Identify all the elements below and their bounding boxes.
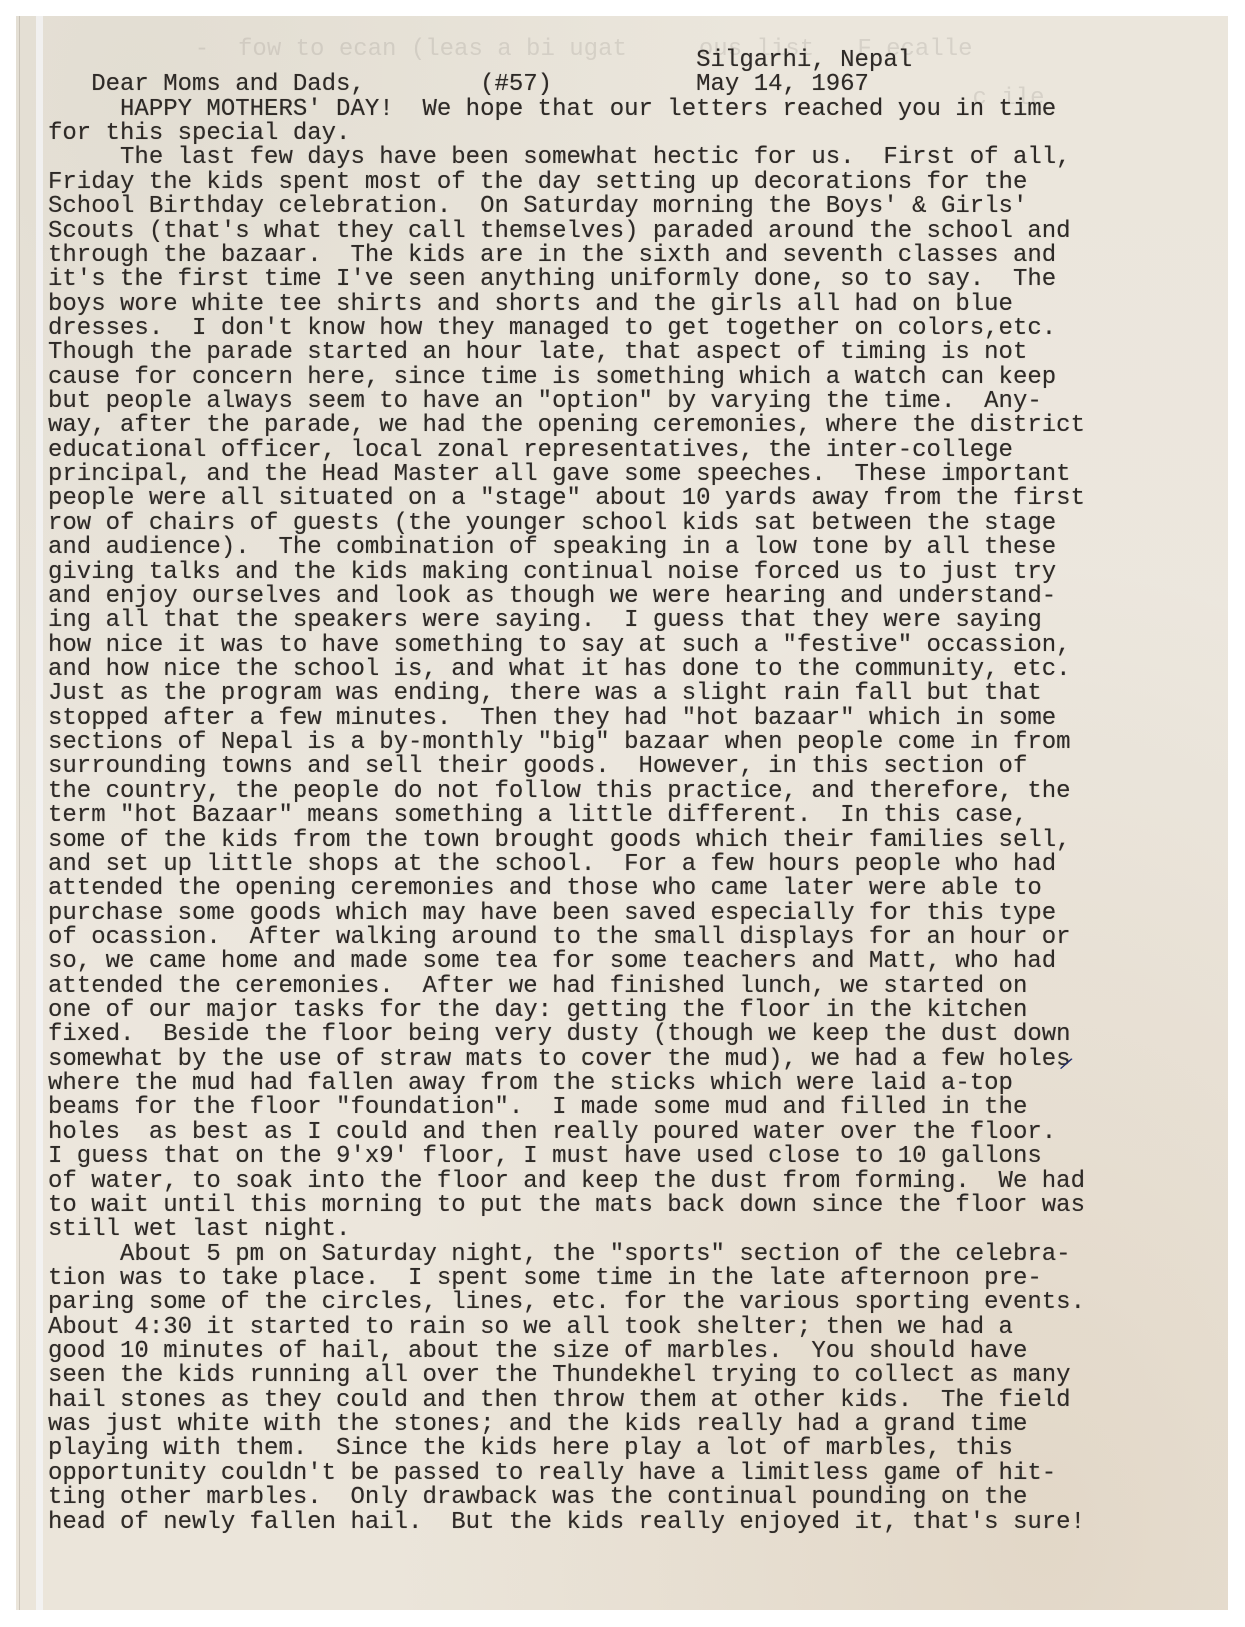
- letter-line: term "hot Bazaar" means something a litt…: [48, 804, 1085, 828]
- letter-line: so, we came home and made some tea for s…: [48, 950, 1085, 974]
- letter-line: paring some of the circles, lines, etc. …: [48, 1291, 1085, 1315]
- letter-line: people were all situated on a "stage" ab…: [48, 487, 1085, 511]
- letter-line: opportunity couldn't be passed to really…: [48, 1462, 1085, 1486]
- letter-line: principal, and the Head Master all gave …: [48, 463, 1085, 487]
- letter-line: and how nice the school is, and what it …: [48, 658, 1085, 682]
- letter-line: some of the kids from the town brought g…: [48, 829, 1085, 853]
- letter-line: for this special day.: [48, 122, 1085, 146]
- letter-line: of ocassion. After walking around to the…: [48, 926, 1085, 950]
- letter-line: was just white with the stones; and the …: [48, 1413, 1085, 1437]
- letter-line: seen the kids running all over the Thund…: [48, 1364, 1085, 1388]
- letter-line: where the mud had fallen away from the s…: [48, 1072, 1085, 1096]
- letter-line: Friday the kids spent most of the day se…: [48, 171, 1085, 195]
- letter-line: sections of Nepal is a by-monthly "big" …: [48, 731, 1085, 755]
- letter-line: attended the opening ceremonies and thos…: [48, 877, 1085, 901]
- letter-line: attended the ceremonies. After we had fi…: [48, 975, 1085, 999]
- letter-line: ting other marbles. Only drawback was th…: [48, 1486, 1085, 1510]
- letter-line: of water, to soak into the floor and kee…: [48, 1170, 1085, 1194]
- letter-line: one of our major tasks for the day: gett…: [48, 999, 1085, 1023]
- letter-line: but people always seem to have an "optio…: [48, 390, 1085, 414]
- letter-line: still wet last night.: [48, 1218, 1085, 1242]
- letter-page: - fow to ecan (leas a bi ugat ous list F…: [16, 16, 1228, 1610]
- letter-line: About 5 pm on Saturday night, the "sport…: [48, 1243, 1085, 1267]
- letter-line: surrounding towns and sell their goods. …: [48, 755, 1085, 779]
- letter-line: way, after the parade, we had the openin…: [48, 414, 1085, 438]
- letter-line: good 10 minutes of hail, about the size …: [48, 1340, 1085, 1364]
- letter-line: dresses. I don't know how they managed t…: [48, 317, 1085, 341]
- letter-line: and audience). The combination of speaki…: [48, 536, 1085, 560]
- paper-edge-shadow: [19, 16, 20, 1610]
- letter-line: purchase some goods which may have been …: [48, 902, 1085, 926]
- letter-line: tion was to take place. I spent some tim…: [48, 1267, 1085, 1291]
- letter-line: Though the parade started an hour late, …: [48, 341, 1085, 365]
- letter-line: School Birthday celebration. On Saturday…: [48, 195, 1085, 219]
- letter-line: HAPPY MOTHERS' DAY! We hope that our let…: [48, 98, 1085, 122]
- letter-line: head of newly fallen hail. But the kids …: [48, 1511, 1085, 1535]
- letter-line: educational officer, local zonal represe…: [48, 439, 1085, 463]
- letter-line: Silgarhi, Nepal: [48, 49, 1085, 73]
- letter-line: it's the first time I've seen anything u…: [48, 268, 1085, 292]
- letter-line: I guess that on the 9'x9' floor, I must …: [48, 1145, 1085, 1169]
- letter-line: Scouts (that's what they call themselves…: [48, 220, 1085, 244]
- letter-line: to wait until this morning to put the ma…: [48, 1194, 1085, 1218]
- letter-line: and set up little shops at the school. F…: [48, 853, 1085, 877]
- letter-line: playing with them. Since the kids here p…: [48, 1437, 1085, 1461]
- paper-crease: [36, 16, 43, 1610]
- letter-line: the country, the people do not follow th…: [48, 780, 1085, 804]
- letter-line: hail stones as they could and then throw…: [48, 1389, 1085, 1413]
- letter-line: The last few days have been somewhat hec…: [48, 146, 1085, 170]
- letter-line: beams for the floor "foundation". I made…: [48, 1096, 1085, 1120]
- letter-line: cause for concern here, since time is so…: [48, 366, 1085, 390]
- letter-line: ing all that the speakers were saying. I…: [48, 609, 1085, 633]
- letter-line: and enjoy ourselves and look as though w…: [48, 585, 1085, 609]
- letter-line: row of chairs of guests (the younger sch…: [48, 512, 1085, 536]
- letter-line: boys wore white tee shirts and shorts an…: [48, 293, 1085, 317]
- letter-line: stopped after a few minutes. Then they h…: [48, 707, 1085, 731]
- letter-line: somewhat by the use of straw mats to cov…: [48, 1048, 1085, 1072]
- letter-line: About 4:30 it started to rain so we all …: [48, 1316, 1085, 1340]
- letter-line: fixed. Beside the floor being very dusty…: [48, 1023, 1085, 1047]
- letter-line: giving talks and the kids making continu…: [48, 561, 1085, 585]
- letter-line: how nice it was to have something to say…: [48, 634, 1085, 658]
- letter-line: Just as the program was ending, there wa…: [48, 682, 1085, 706]
- letter-line: holes as best as I could and then really…: [48, 1121, 1085, 1145]
- letter-body: Silgarhi, Nepal Dear Moms and Dads, (#57…: [48, 49, 1085, 1535]
- letter-line: through the bazaar. The kids are in the …: [48, 244, 1085, 268]
- letter-line: Dear Moms and Dads, (#57) May 14, 1967: [48, 73, 1085, 97]
